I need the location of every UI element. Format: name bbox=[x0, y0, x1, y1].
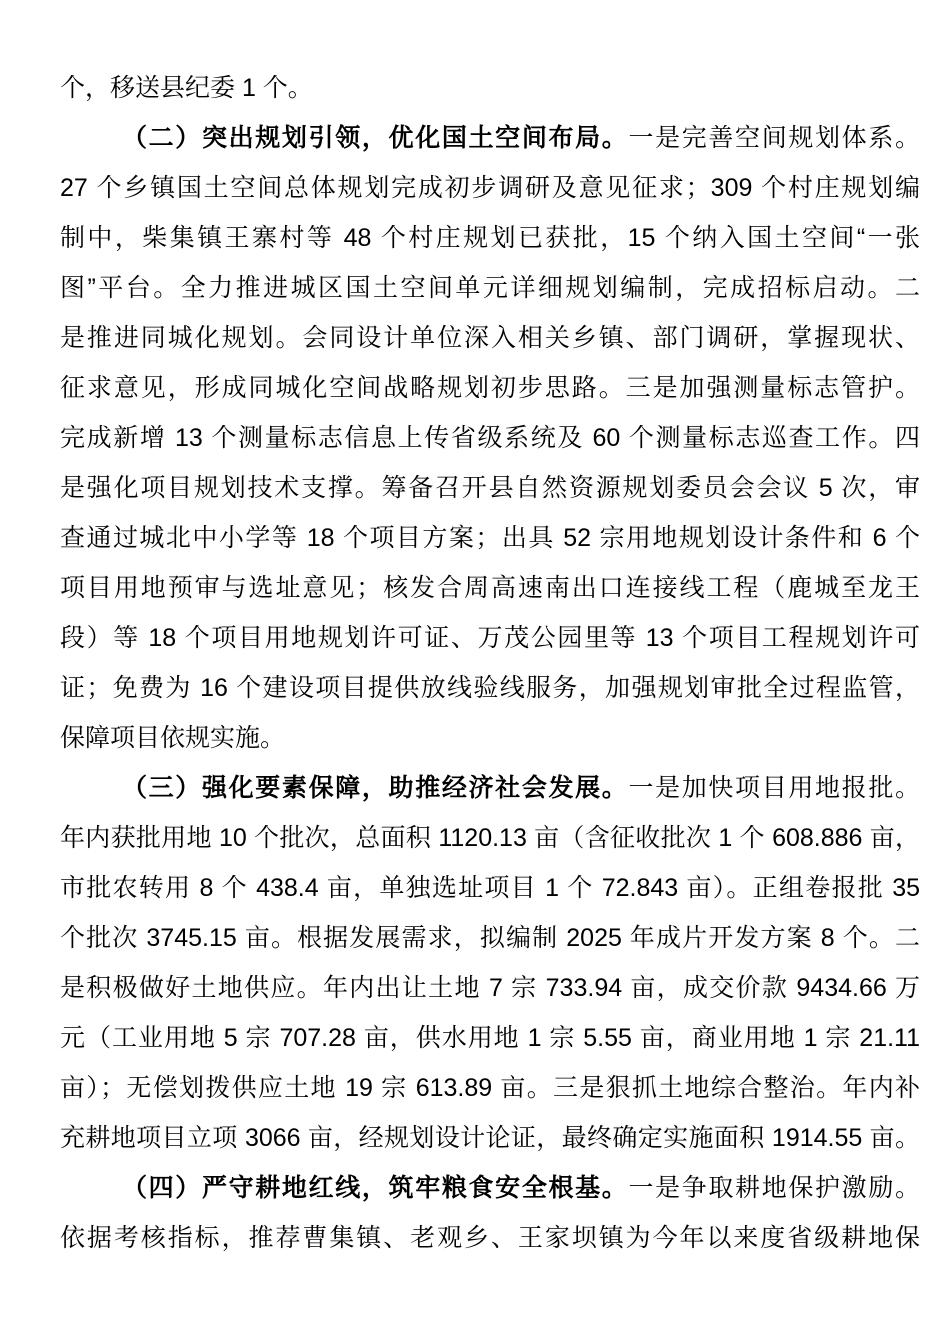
body-text: 项目用地预审与选址意见；核发合周高速南出口连接线工程（鹿城至龙王 bbox=[60, 574, 920, 602]
body-text: 元（工业用地 5 宗 707.28 亩，供水用地 1 宗 5.55 亩，商业用地… bbox=[60, 1024, 920, 1052]
text-line: 征求意见，形成同城化空间战略规划初步思路。三是加强测量标志管护。 bbox=[60, 363, 920, 413]
text-line: 段）等 18 个项目用地规划许可证、万茂公园里等 13 个项目工程规划许可 bbox=[60, 613, 920, 663]
text-line: （四）严守耕地红线，筑牢粮食安全根基。一是争取耕地保护激励。 bbox=[60, 1163, 920, 1213]
body-text: 年内获批用地 10 个批次，总面积 1120.13 亩（含征收批次 1 个 60… bbox=[60, 824, 920, 852]
body-text: 一是争取耕地保护激励。 bbox=[628, 1174, 920, 1202]
text-line: 是积极做好土地供应。年内出让土地 7 宗 733.94 亩，成交价款 9434.… bbox=[60, 963, 920, 1013]
body-text: 依据考核指标，推荐曹集镇、老观乡、王家坝镇为今年以来度省级耕地保 bbox=[60, 1224, 920, 1252]
text-line: 依据考核指标，推荐曹集镇、老观乡、王家坝镇为今年以来度省级耕地保 bbox=[60, 1213, 920, 1263]
document-page: 个，移送县纪委 1 个。（二）突出规划引领，优化国土空间布局。一是完善空间规划体… bbox=[0, 0, 950, 1344]
body-text: 一是完善空间规划体系。 bbox=[628, 124, 920, 152]
section-heading: （三）强化要素保障，助推经济社会发展。 bbox=[122, 774, 628, 802]
body-text: 个，移送县纪委 1 个。 bbox=[60, 74, 313, 102]
text-line: 年内获批用地 10 个批次，总面积 1120.13 亩（含征收批次 1 个 60… bbox=[60, 813, 920, 863]
document-body: 个，移送县纪委 1 个。（二）突出规划引领，优化国土空间布局。一是完善空间规划体… bbox=[60, 63, 920, 1263]
text-line: 充耕地项目立项 3066 亩，经规划设计论证，最终确定实施面积 1914.55 … bbox=[60, 1113, 920, 1163]
body-text: 查通过城北中小学等 18 个项目方案；出具 52 宗用地规划设计条件和 6 个 bbox=[60, 524, 920, 552]
text-line: 保障项目依规实施。 bbox=[60, 713, 920, 763]
body-text: 段）等 18 个项目用地规划许可证、万茂公园里等 13 个项目工程规划许可 bbox=[60, 624, 920, 652]
body-text: 是推进同城化规划。会同设计单位深入相关乡镇、部门调研，掌握现状、 bbox=[60, 324, 920, 352]
text-line: 元（工业用地 5 宗 707.28 亩，供水用地 1 宗 5.55 亩，商业用地… bbox=[60, 1013, 920, 1063]
body-text: 证；免费为 16 个建设项目提供放线验线服务，加强规划审批全过程监管， bbox=[60, 674, 920, 702]
text-line: 个批次 3745.15 亩。根据发展需求，拟编制 2025 年成片开发方案 8 … bbox=[60, 913, 920, 963]
text-line: 图”平台。全力推进城区国土空间单元详细规划编制，完成招标启动。二 bbox=[60, 263, 920, 313]
body-text: 制中，柴集镇王寨村等 48 个村庄规划已获批，15 个纳入国土空间“一张 bbox=[60, 224, 920, 252]
text-line: 个，移送县纪委 1 个。 bbox=[60, 63, 920, 113]
body-text: 征求意见，形成同城化空间战略规划初步思路。三是加强测量标志管护。 bbox=[60, 374, 920, 402]
body-text: 图”平台。全力推进城区国土空间单元详细规划编制，完成招标启动。二 bbox=[60, 274, 920, 302]
text-line: 27 个乡镇国土空间总体规划完成初步调研及意见征求；309 个村庄规划编 bbox=[60, 163, 920, 213]
section-heading: （二）突出规划引领，优化国土空间布局。 bbox=[122, 124, 628, 152]
text-line: 亩）；无偿划拨供应土地 19 宗 613.89 亩。三是狠抓土地综合整治。年内补 bbox=[60, 1063, 920, 1113]
text-line: 证；免费为 16 个建设项目提供放线验线服务，加强规划审批全过程监管， bbox=[60, 663, 920, 713]
section-heading: （四）严守耕地红线，筑牢粮食安全根基。 bbox=[122, 1174, 628, 1202]
body-text: 保障项目依规实施。 bbox=[60, 724, 285, 752]
text-line: 是推进同城化规划。会同设计单位深入相关乡镇、部门调研，掌握现状、 bbox=[60, 313, 920, 363]
body-text: 27 个乡镇国土空间总体规划完成初步调研及意见征求；309 个村庄规划编 bbox=[60, 174, 920, 202]
text-line: 制中，柴集镇王寨村等 48 个村庄规划已获批，15 个纳入国土空间“一张 bbox=[60, 213, 920, 263]
text-line: 查通过城北中小学等 18 个项目方案；出具 52 宗用地规划设计条件和 6 个 bbox=[60, 513, 920, 563]
body-text: 完成新增 13 个测量标志信息上传省级系统及 60 个测量标志巡查工作。四 bbox=[60, 424, 920, 452]
text-line: 是强化项目规划技术支撑。筹备召开县自然资源规划委员会会议 5 次，审 bbox=[60, 463, 920, 513]
body-text: 个批次 3745.15 亩。根据发展需求，拟编制 2025 年成片开发方案 8 … bbox=[60, 924, 920, 952]
text-line: 市批农转用 8 个 438.4 亩，单独选址项目 1 个 72.843 亩）。正… bbox=[60, 863, 920, 913]
body-text: 市批农转用 8 个 438.4 亩，单独选址项目 1 个 72.843 亩）。正… bbox=[60, 874, 920, 902]
text-line: （二）突出规划引领，优化国土空间布局。一是完善空间规划体系。 bbox=[60, 113, 920, 163]
body-text: 充耕地项目立项 3066 亩，经规划设计论证，最终确定实施面积 1914.55 … bbox=[60, 1124, 920, 1152]
body-text: 一是加快项目用地报批。 bbox=[628, 774, 920, 802]
text-line: 项目用地预审与选址意见；核发合周高速南出口连接线工程（鹿城至龙王 bbox=[60, 563, 920, 613]
body-text: 亩）；无偿划拨供应土地 19 宗 613.89 亩。三是狠抓土地综合整治。年内补 bbox=[60, 1074, 920, 1102]
text-line: （三）强化要素保障，助推经济社会发展。一是加快项目用地报批。 bbox=[60, 763, 920, 813]
body-text: 是积极做好土地供应。年内出让土地 7 宗 733.94 亩，成交价款 9434.… bbox=[60, 974, 920, 1002]
text-line: 完成新增 13 个测量标志信息上传省级系统及 60 个测量标志巡查工作。四 bbox=[60, 413, 920, 463]
body-text: 是强化项目规划技术支撑。筹备召开县自然资源规划委员会会议 5 次，审 bbox=[60, 474, 920, 502]
